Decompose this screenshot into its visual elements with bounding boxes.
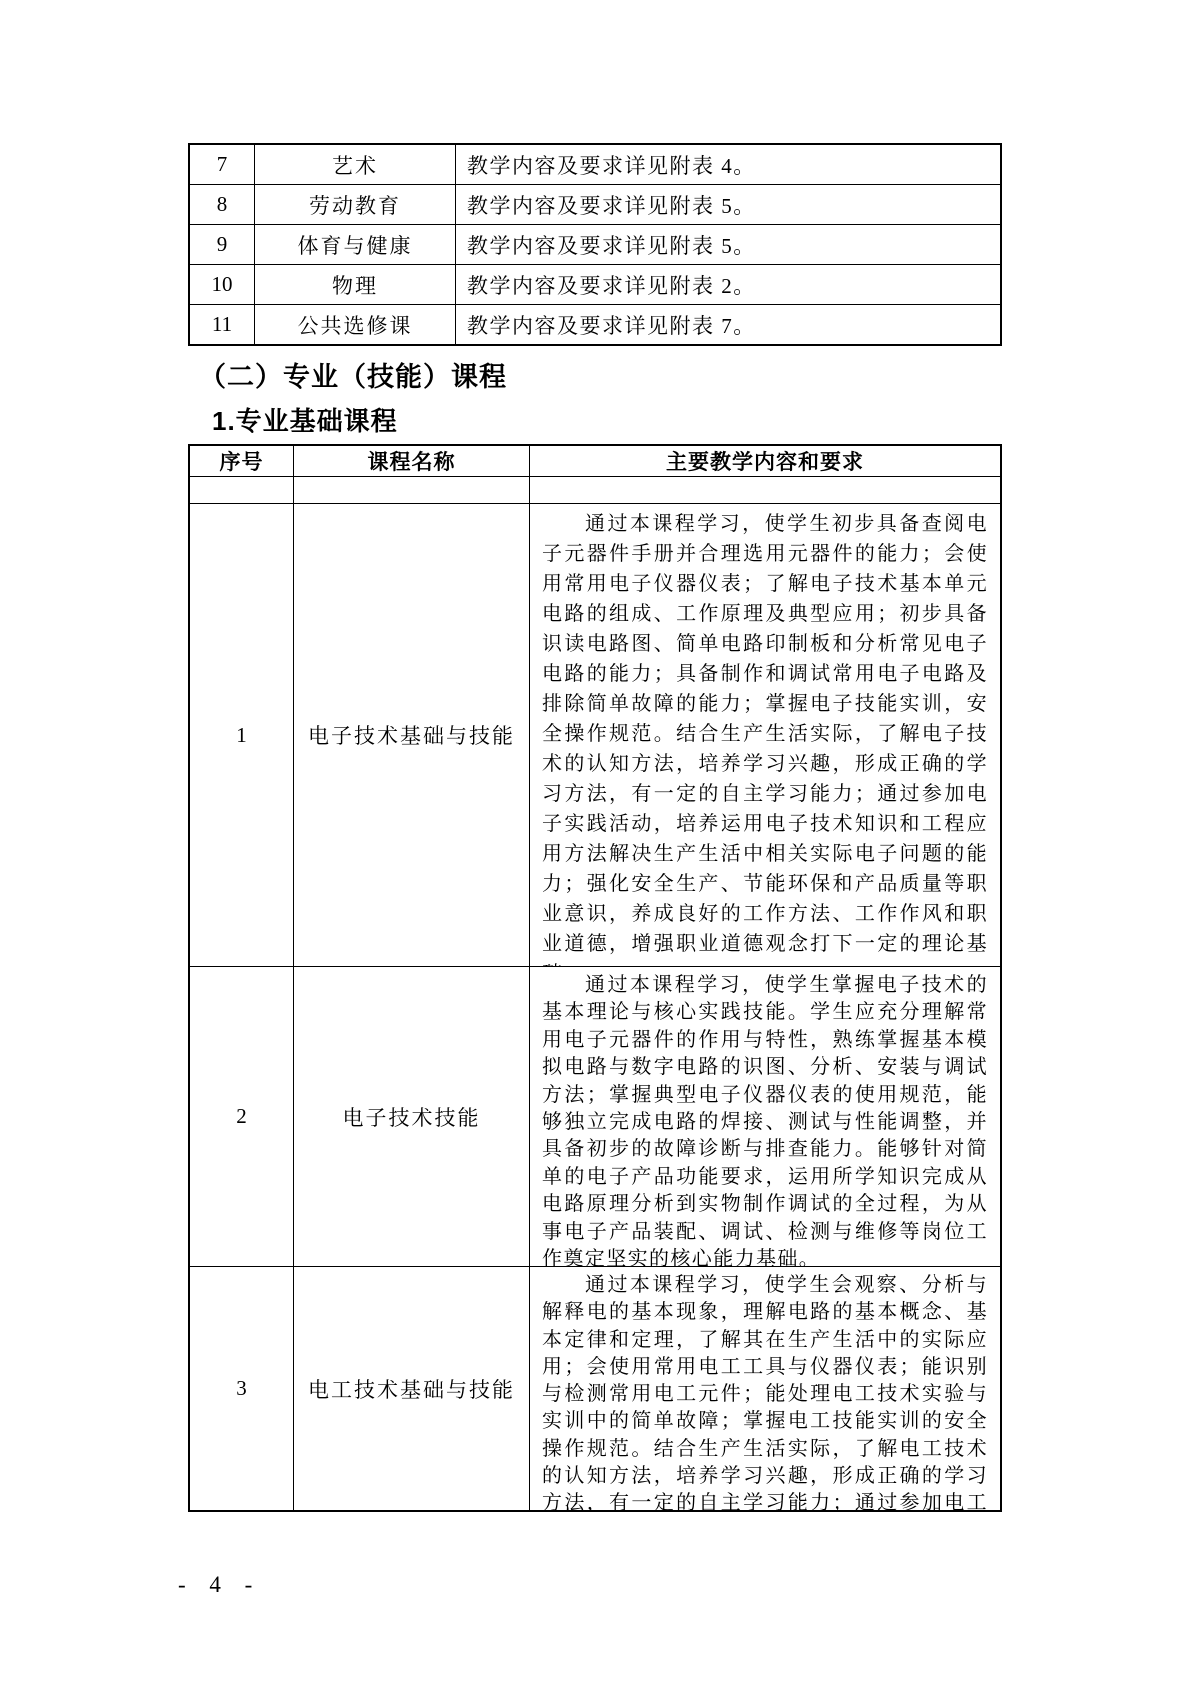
course-name-cell: 公共选修课 [255,305,456,346]
header-row: 序号 课程名称 主要教学内容和要求 [189,445,1001,477]
table-row: 11 公共选修课 教学内容及要求详见附表 7。 [189,305,1001,346]
subsection-heading: 1.专业基础课程 [212,401,398,438]
course-name-cell: 电子技术技能 [294,967,530,1267]
course-desc-cell: 教学内容及要求详见附表 2。 [456,265,1002,305]
table-row: 8 劳动教育 教学内容及要求详见附表 5。 [189,185,1001,225]
page-number: - 4 - [178,1572,261,1598]
course-content-text: 通过本课程学习，使学生初步具备查阅电子元器件手册并合理选用元器件的能力；会使用常… [530,504,1000,966]
basic-courses-table: 序号 课程名称 主要教学内容和要求 1 电子技术基础与技能 通过本课程学习，使学… [188,444,1002,1512]
row-number-cell: 9 [189,225,255,265]
row-number-cell: 8 [189,185,255,225]
course-content-text: 通过本课程学习，使学生会观察、分析与解释电的基本现象，理解电路的基本概念、基本定… [530,1267,1000,1510]
table-row: 2 电子技术技能 通过本课程学习，使学生掌握电子技术的基本理论与核心实践技能。学… [189,967,1001,1267]
empty-cell [294,477,530,504]
table-row: 1 电子技术基础与技能 通过本课程学习，使学生初步具备查阅电子元器件手册并合理选… [189,504,1001,967]
empty-cell [530,477,1002,504]
table-row: 9 体育与健康 教学内容及要求详见附表 5。 [189,225,1001,265]
row-number-cell: 1 [189,504,294,967]
document-page: 7 艺术 教学内容及要求详见附表 4。 8 劳动教育 教学内容及要求详见附表 5… [0,0,1191,1684]
row-number-cell: 11 [189,305,255,346]
section-heading: （二）专业（技能）课程 [199,355,507,394]
row-number-cell: 7 [189,144,255,185]
course-content-text: 通过本课程学习，使学生掌握电子技术的基本理论与核心实践技能。学生应充分理解常用电… [530,967,1000,1266]
course-name-cell: 体育与健康 [255,225,456,265]
course-desc-cell: 教学内容及要求详见附表 5。 [456,225,1002,265]
general-courses-table: 7 艺术 教学内容及要求详见附表 4。 8 劳动教育 教学内容及要求详见附表 5… [188,143,1002,346]
row-number-cell: 2 [189,967,294,1267]
course-name-cell: 艺术 [255,144,456,185]
course-content-cell: 通过本课程学习，使学生会观察、分析与解释电的基本现象，理解电路的基本概念、基本定… [530,1267,1002,1512]
course-desc-cell: 教学内容及要求详见附表 5。 [456,185,1002,225]
course-name-cell: 电工技术基础与技能 [294,1267,530,1512]
course-name-cell: 物理 [255,265,456,305]
empty-cell [189,477,294,504]
course-name-cell: 劳动教育 [255,185,456,225]
row-number-cell: 10 [189,265,255,305]
empty-row [189,477,1001,504]
course-content-cell: 通过本课程学习，使学生掌握电子技术的基本理论与核心实践技能。学生应充分理解常用电… [530,967,1002,1267]
course-desc-cell: 教学内容及要求详见附表 4。 [456,144,1002,185]
row-number-cell: 3 [189,1267,294,1512]
course-name-cell: 电子技术基础与技能 [294,504,530,967]
course-desc-cell: 教学内容及要求详见附表 7。 [456,305,1002,346]
table-row: 7 艺术 教学内容及要求详见附表 4。 [189,144,1001,185]
column-header-name: 课程名称 [294,445,530,477]
table-row: 10 物理 教学内容及要求详见附表 2。 [189,265,1001,305]
course-content-cell: 通过本课程学习，使学生初步具备查阅电子元器件手册并合理选用元器件的能力；会使用常… [530,504,1002,967]
table-row: 3 电工技术基础与技能 通过本课程学习，使学生会观察、分析与解释电的基本现象，理… [189,1267,1001,1512]
column-header-no: 序号 [189,445,294,477]
column-header-content: 主要教学内容和要求 [530,445,1002,477]
